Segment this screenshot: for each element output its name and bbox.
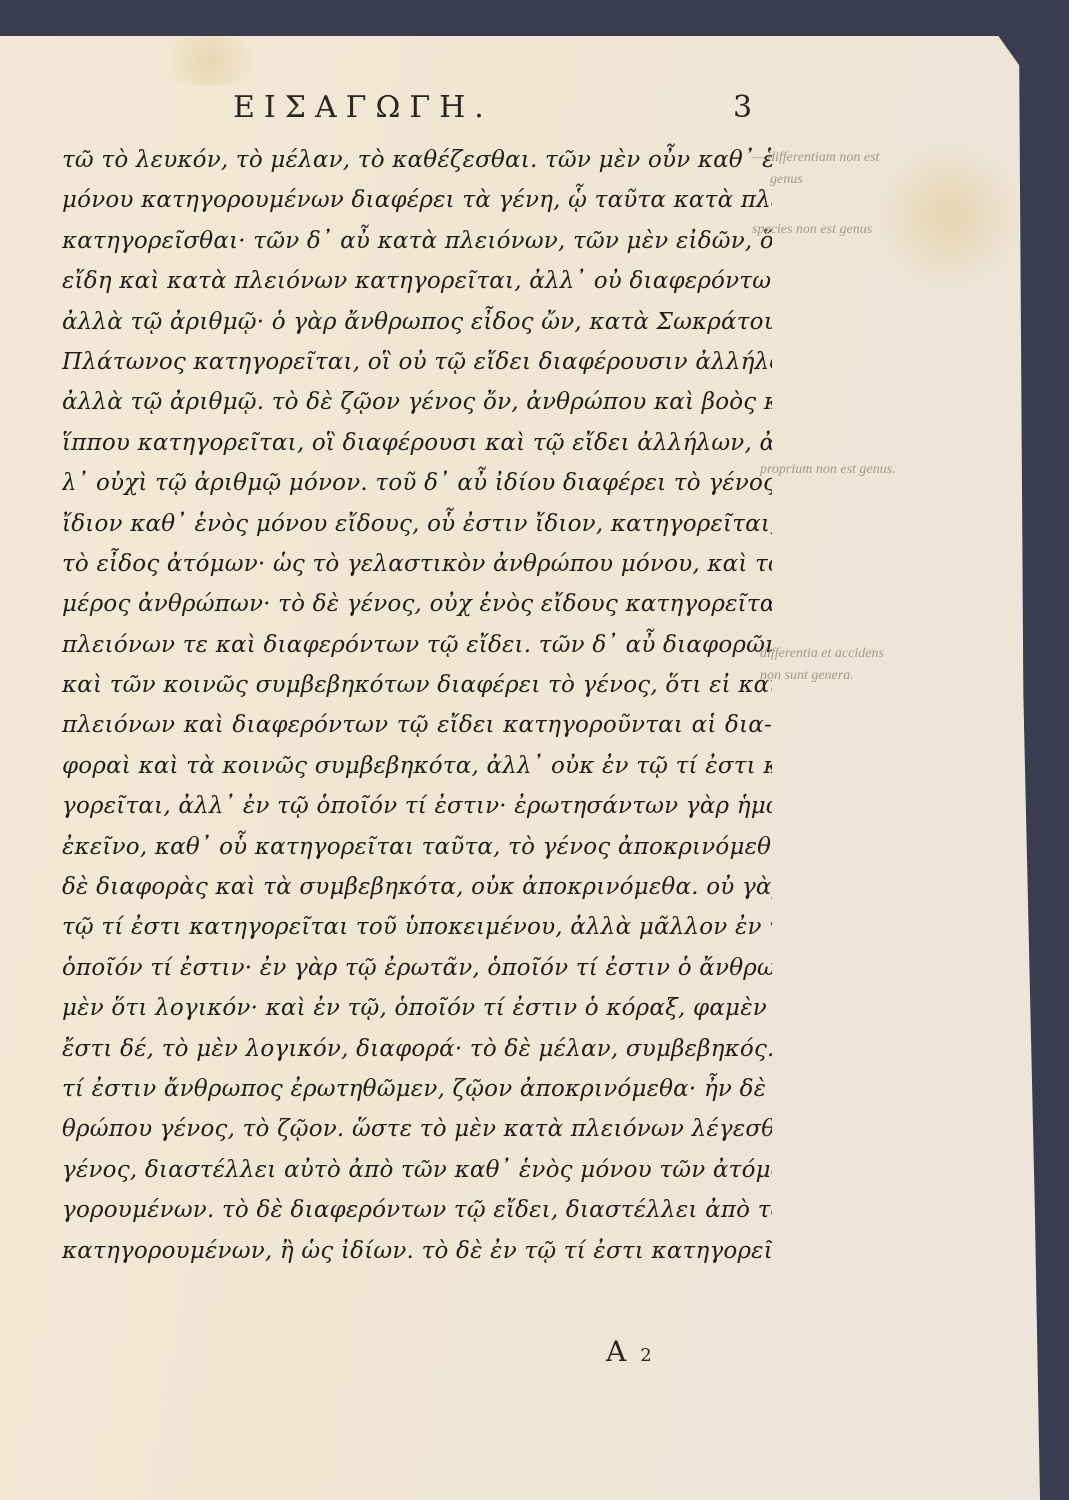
marginal-note: — differentiam non est xyxy=(752,150,879,166)
text-line: ἴδιον καθ᾽ ἑνὸς μόνου εἴδους, οὗ ἐστιν ἴ… xyxy=(62,504,772,544)
marginal-note: species non est genus xyxy=(752,222,872,238)
text-line: καὶ τῶν κοινῶς συμβεβηκότων διαφέρει τὸ … xyxy=(62,665,772,705)
page-number: 3 xyxy=(733,90,752,125)
text-line: θρώπου γένος, τὸ ζῷον. ὥστε τὸ μὲν κατὰ … xyxy=(62,1109,772,1149)
marginal-note: proprium non est genus. xyxy=(760,462,896,478)
text-line: τῷ τί ἐστι κατηγορεῖται τοῦ ὑποκειμένου,… xyxy=(62,907,772,947)
signature-number: 2 xyxy=(640,1345,651,1366)
text-line: ἐκεῖνο, καθ᾽ οὗ κατηγορεῖται ταῦτα, τὸ γ… xyxy=(62,827,772,867)
text-line: τῶ τὸ λευκόν, τὸ μέλαν, τὸ καθέζεσθαι. τ… xyxy=(62,140,772,180)
foxing-stain xyxy=(880,136,1020,296)
signature-letter: A xyxy=(606,1335,626,1368)
text-line: κατηγορεῖσθαι· τῶν δ᾽ αὖ κατὰ πλειόνων, … xyxy=(62,221,772,261)
text-line: λ᾽ οὐχὶ τῷ ἀριθμῷ μόνον. τοῦ δ᾽ αὖ ἰδίου… xyxy=(62,463,772,503)
text-line: ὁποῖόν τί ἐστιν· ἐν γὰρ τῷ ἐρωτᾶν, ὁποῖό… xyxy=(62,948,772,988)
foxing-stain xyxy=(150,36,270,86)
text-line: γορουμένων. τὸ δὲ διαφερόντων τῷ εἴδει, … xyxy=(62,1190,772,1230)
text-line: γένος, διαστέλλει αὐτὸ ἀπὸ τῶν καθ᾽ ἑνὸς… xyxy=(62,1150,772,1190)
text-line: γορεῖται, ἀλλ᾽ ἐν τῷ ὁποῖόν τί ἐστιν· ἐρ… xyxy=(62,786,772,826)
text-line: μὲν ὅτι λογικόν· καὶ ἐν τῷ, ὁποῖόν τί ἐσ… xyxy=(62,988,772,1028)
text-line: ἔστι δέ, τὸ μὲν λογικόν, διαφορά· τὸ δὲ … xyxy=(62,1029,772,1069)
text-line: μόνου κατηγορουμένων διαφέρει τὰ γένη, ᾧ… xyxy=(62,180,772,220)
text-line: πλειόνων καὶ διαφερόντων τῷ εἴδει κατηγο… xyxy=(62,705,772,745)
text-line: δὲ διαφορὰς καὶ τὰ συμβεβηκότα, οὐκ ἀποκ… xyxy=(62,867,772,907)
text-line: μέρος ἀνθρώπων· τὸ δὲ γένος, οὐχ ἑνὸς εἴ… xyxy=(62,584,772,624)
marginal-note: genus xyxy=(770,172,803,188)
text-line: φοραὶ καὶ τὰ κοινῶς συμβεβηκότα, ἀλλ᾽ οὐ… xyxy=(62,746,772,786)
greek-text-block: τῶ τὸ λευκόν, τὸ μέλαν, τὸ καθέζεσθαι. τ… xyxy=(62,140,772,1271)
signature-mark: A2 xyxy=(606,1335,652,1368)
text-line: Πλάτωνος κατηγορεῖται, οἳ οὐ τῷ εἴδει δι… xyxy=(62,342,772,382)
text-line: ἀλλὰ τῷ ἀριθμῷ. τὸ δὲ ζῷον γένος ὄν, ἀνθ… xyxy=(62,382,772,422)
text-line: κατηγορουμένων, ἢ ὡς ἰδίων. τὸ δὲ ἐν τῷ … xyxy=(62,1231,772,1271)
running-head: ΕΙΣΑΓΩΓΗ. xyxy=(233,90,493,125)
marginal-note: differentia et accidens xyxy=(760,646,884,662)
text-line: τὸ εἶδος ἀτόμων· ὡς τὸ γελαστικὸν ἀνθρώπ… xyxy=(62,544,772,584)
text-line: ἀλλὰ τῷ ἀριθμῷ· ὁ γὰρ ἄνθρωπος εἶδος ὤν,… xyxy=(62,302,772,342)
text-line: ἵππου κατηγορεῖται, οἳ διαφέρουσι καὶ τῷ… xyxy=(62,423,772,463)
text-line: εἴδη καὶ κατὰ πλειόνων κατηγορεῖται, ἀλλ… xyxy=(62,261,772,301)
text-line: τί ἐστιν ἄνθρωπος ἐρωτηθῶμεν, ζῷον ἀποκρ… xyxy=(62,1069,772,1109)
marginal-note: non sunt genera. xyxy=(760,668,854,684)
text-line: πλειόνων τε καὶ διαφερόντων τῷ εἴδει. τῶ… xyxy=(62,625,772,665)
